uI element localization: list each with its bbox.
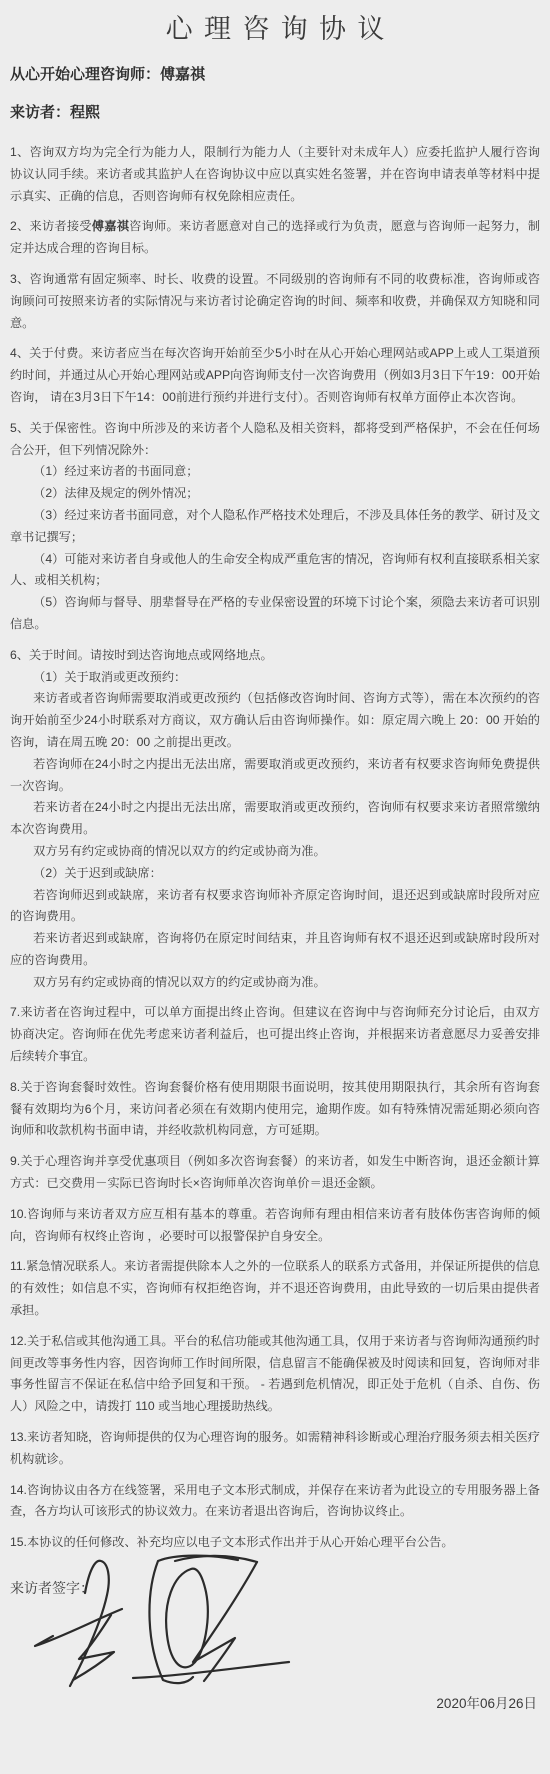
text-segment: 若来访者在24小时之内提出无法出席，需要取消或更改预约，咨询师有权要求来访者照常… xyxy=(10,800,540,836)
agreement-paragraph: 双方另有约定或协商的情况以双方的约定或协商为准。 xyxy=(10,841,540,863)
text-segment: 9.关于心理咨询并享受优惠项目（例如多次咨询套餐）的来访者，如发生中断咨询，退还… xyxy=(10,1154,540,1190)
text-segment: 12.关于私信或其他沟通工具。平台的私信功能或其他沟通工具，仅用于来访者与咨询师… xyxy=(10,1334,540,1413)
clause-block: 1、咨询双方均为完全行为能力人，限制行为能力人（主要针对未成年人）应委托监护人履… xyxy=(10,142,540,207)
text-segment: 双方另有约定或协商的情况以双方的约定或协商为准。 xyxy=(33,844,326,858)
agreement-paragraph: 12.关于私信或其他沟通工具。平台的私信功能或其他沟通工具，仅用于来访者与咨询师… xyxy=(10,1331,540,1418)
signature-date: 2020年06月26日 xyxy=(436,1692,537,1712)
agreement-paragraph: （1）关于取消或更改预约： xyxy=(10,667,540,689)
agreement-paragraph: 若咨询师迟到或缺席，来访者有权要求咨询师补齐原定咨询时间，退还迟到或缺席时段所对… xyxy=(10,885,540,929)
bold-name-inline: 傅嘉祺 xyxy=(92,219,129,233)
agreement-paragraph: （4）可能对来访者自身或他人的生命安全构成严重危害的情况，咨询师有权利直接联系相… xyxy=(10,549,540,593)
text-segment: 双方另有约定或协商的情况以双方的约定或协商为准。 xyxy=(33,975,326,989)
text-segment: 2、来访者接受 xyxy=(10,219,92,233)
clause-block: 11.紧急情况联系人。来访者需提供除本人之外的一位联系人的联系方式备用，并保证所… xyxy=(10,1256,540,1321)
text-segment: 3、咨询通常有固定频率、时长、收费的设置。不同级别的咨询师有不同的收费标准，咨询… xyxy=(10,272,540,330)
clause-block: 4、关于付费。来访者应当在每次咨询开始前至少5小时在从心开始心理网站或APP上或… xyxy=(10,343,540,408)
visitor-name: 程熙 xyxy=(70,104,100,121)
agreement-paragraph: 10.咨询师与来访者双方应互相有基本的尊重。若咨询师有理由相信来访者有肢体伤害咨… xyxy=(10,1204,540,1248)
agreement-paragraph: 4、关于付费。来访者应当在每次咨询开始前至少5小时在从心开始心理网站或APP上或… xyxy=(10,343,540,408)
agreement-paragraph: 3、咨询通常有固定频率、时长、收费的设置。不同级别的咨询师有不同的收费标准，咨询… xyxy=(10,269,540,334)
clause-block: 13.来访者知晓，咨询师提供的仅为心理咨询的服务。如需精神科诊断或心理治疗服务须… xyxy=(10,1427,540,1471)
agreement-paragraph: 若咨询师在24小时之内提出无法出席，需要取消或更改预约，来访者有权要求咨询师免费… xyxy=(10,754,540,798)
text-segment: 5、关于保密性。咨询中所涉及的来访者个人隐私及相关资料，都将受到严格保护，不会在… xyxy=(10,421,540,457)
agreement-paragraph: 9.关于心理咨询并享受优惠项目（例如多次咨询套餐）的来访者，如发生中断咨询，退还… xyxy=(10,1151,540,1195)
text-segment: 6、关于时间。请按时到达咨询地点或网络地点。 xyxy=(10,648,273,662)
agreement-paragraph: （2）关于迟到或缺席： xyxy=(10,863,540,885)
text-segment: 10.咨询师与来访者双方应互相有基本的尊重。若咨询师有理由相信来访者有肢体伤害咨… xyxy=(10,1207,540,1243)
document-title: 心理咨询协议 xyxy=(10,0,540,46)
clause-block: 5、关于保密性。咨询中所涉及的来访者个人隐私及相关资料，都将受到严格保护，不会在… xyxy=(10,418,540,636)
text-segment: 4、关于付费。来访者应当在每次咨询开始前至少5小时在从心开始心理网站或APP上或… xyxy=(10,346,540,404)
clause-block: 8.关于咨询套餐时效性。咨询套餐价格有使用期限书面说明，按其使用期限执行，其余所… xyxy=(10,1077,540,1142)
agreement-paragraph: 5、关于保密性。咨询中所涉及的来访者个人隐私及相关资料，都将受到严格保护，不会在… xyxy=(10,418,540,462)
clause-block: 3、咨询通常有固定频率、时长、收费的设置。不同级别的咨询师有不同的收费标准，咨询… xyxy=(10,269,540,334)
counselor-label: 从心开始心理咨询师： xyxy=(10,66,160,83)
clause-block: 6、关于时间。请按时到达咨询地点或网络地点。（1）关于取消或更改预约：来访者或者… xyxy=(10,645,540,994)
clause-block: 9.关于心理咨询并享受优惠项目（例如多次咨询套餐）的来访者，如发生中断咨询，退还… xyxy=(10,1151,540,1195)
text-segment: 7.来访者在咨询过程中，可以单方面提出终止咨询。但建议在咨询中与咨询师充分讨论后… xyxy=(10,1005,540,1063)
agreement-paragraph: 2、来访者接受傅嘉祺咨询师。来访者愿意对自己的选择或行为负责，愿意与咨询师一起努… xyxy=(10,216,540,260)
text-segment: （3）经过来访者书面同意，对个人隐私作严格技术处理后，不涉及具体任务的教学、研讨… xyxy=(10,508,540,544)
text-segment: 若咨询师迟到或缺席，来访者有权要求咨询师补齐原定咨询时间，退还迟到或缺席时段所对… xyxy=(10,888,540,924)
text-segment: 8.关于咨询套餐时效性。咨询套餐价格有使用期限书面说明，按其使用期限执行，其余所… xyxy=(10,1080,540,1138)
text-segment: （1）关于取消或更改预约： xyxy=(33,670,186,684)
agreement-paragraph: （3）经过来访者书面同意，对个人隐私作严格技术处理后，不涉及具体任务的教学、研讨… xyxy=(10,505,540,549)
agreement-paragraph: 11.紧急情况联系人。来访者需提供除本人之外的一位联系人的联系方式备用，并保证所… xyxy=(10,1256,540,1321)
clause-block: 7.来访者在咨询过程中，可以单方面提出终止咨询。但建议在咨询中与咨询师充分讨论后… xyxy=(10,1002,540,1067)
handwritten-signature-scrawl xyxy=(15,1505,335,1705)
agreement-paragraph: 若来访者迟到或缺席，咨询将仍在原定时间结束，并且咨询师有权不退还迟到或缺席时段所… xyxy=(10,928,540,972)
text-segment: 11.紧急情况联系人。来访者需提供除本人之外的一位联系人的联系方式备用，并保证所… xyxy=(10,1259,540,1317)
agreement-paragraph: 来访者或者咨询师需要取消或更改预约（包括修改咨询时间、咨询方式等），需在本次预约… xyxy=(10,688,540,753)
agreement-paragraph: （1）经过来访者的书面同意； xyxy=(10,461,540,483)
text-segment: 若咨询师在24小时之内提出无法出席，需要取消或更改预约，来访者有权要求咨询师免费… xyxy=(10,757,540,793)
text-segment: （2）法律及规定的例外情况； xyxy=(33,486,198,500)
agreement-paragraph: （2）法律及规定的例外情况； xyxy=(10,483,540,505)
text-segment: 来访者或者咨询师需要取消或更改预约（包括修改咨询时间、咨询方式等），需在本次预约… xyxy=(10,691,540,749)
agreement-paragraph: 8.关于咨询套餐时效性。咨询套餐价格有使用期限书面说明，按其使用期限执行，其余所… xyxy=(10,1077,540,1142)
agreement-paragraph: 1、咨询双方均为完全行为能力人，限制行为能力人（主要针对未成年人）应委托监护人履… xyxy=(10,142,540,207)
clause-block: 2、来访者接受傅嘉祺咨询师。来访者愿意对自己的选择或行为负责，愿意与咨询师一起努… xyxy=(10,216,540,260)
counselor-line: 从心开始心理咨询师：傅嘉祺 xyxy=(10,63,540,84)
visitor-label: 来访者： xyxy=(10,104,70,121)
text-segment: （4）可能对来访者自身或他人的生命安全构成严重危害的情况，咨询师有权利直接联系相… xyxy=(10,552,540,588)
agreement-paragraph: 6、关于时间。请按时到达咨询地点或网络地点。 xyxy=(10,645,540,667)
agreement-paragraph: 若来访者在24小时之内提出无法出席，需要取消或更改预约，咨询师有权要求来访者照常… xyxy=(10,797,540,841)
text-segment: 13.来访者知晓，咨询师提供的仅为心理咨询的服务。如需精神科诊断或心理治疗服务须… xyxy=(10,1430,540,1466)
text-segment: （1）经过来访者的书面同意； xyxy=(33,464,198,478)
agreement-body: 1、咨询双方均为完全行为能力人，限制行为能力人（主要针对未成年人）应委托监护人履… xyxy=(10,142,540,1554)
text-segment: （5）咨询师与督导、朋辈督导在严格的专业保密设置的环境下讨论个案，须隐去来访者可… xyxy=(10,595,540,631)
agreement-paragraph: 7.来访者在咨询过程中，可以单方面提出终止咨询。但建议在咨询中与咨询师充分讨论后… xyxy=(10,1002,540,1067)
clause-block: 12.关于私信或其他沟通工具。平台的私信功能或其他沟通工具，仅用于来访者与咨询师… xyxy=(10,1331,540,1418)
agreement-paragraph: 双方另有约定或协商的情况以双方的约定或协商为准。 xyxy=(10,972,540,994)
agreement-document: 心理咨询协议 从心开始心理咨询师：傅嘉祺 来访者：程熙 1、咨询双方均为完全行为… xyxy=(0,0,550,1774)
visitor-line: 来访者：程熙 xyxy=(10,101,540,122)
text-segment: （2）关于迟到或缺席： xyxy=(33,866,162,880)
agreement-paragraph: 13.来访者知晓，咨询师提供的仅为心理咨询的服务。如需精神科诊断或心理治疗服务须… xyxy=(10,1427,540,1471)
clause-block: 10.咨询师与来访者双方应互相有基本的尊重。若咨询师有理由相信来访者有肢体伤害咨… xyxy=(10,1204,540,1248)
text-segment: 1、咨询双方均为完全行为能力人，限制行为能力人（主要针对未成年人）应委托监护人履… xyxy=(10,145,540,203)
counselor-name: 傅嘉祺 xyxy=(160,66,205,83)
agreement-paragraph: （5）咨询师与督导、朋辈督导在严格的专业保密设置的环境下讨论个案，须隐去来访者可… xyxy=(10,592,540,636)
text-segment: 若来访者迟到或缺席，咨询将仍在原定时间结束，并且咨询师有权不退还迟到或缺席时段所… xyxy=(10,931,540,967)
